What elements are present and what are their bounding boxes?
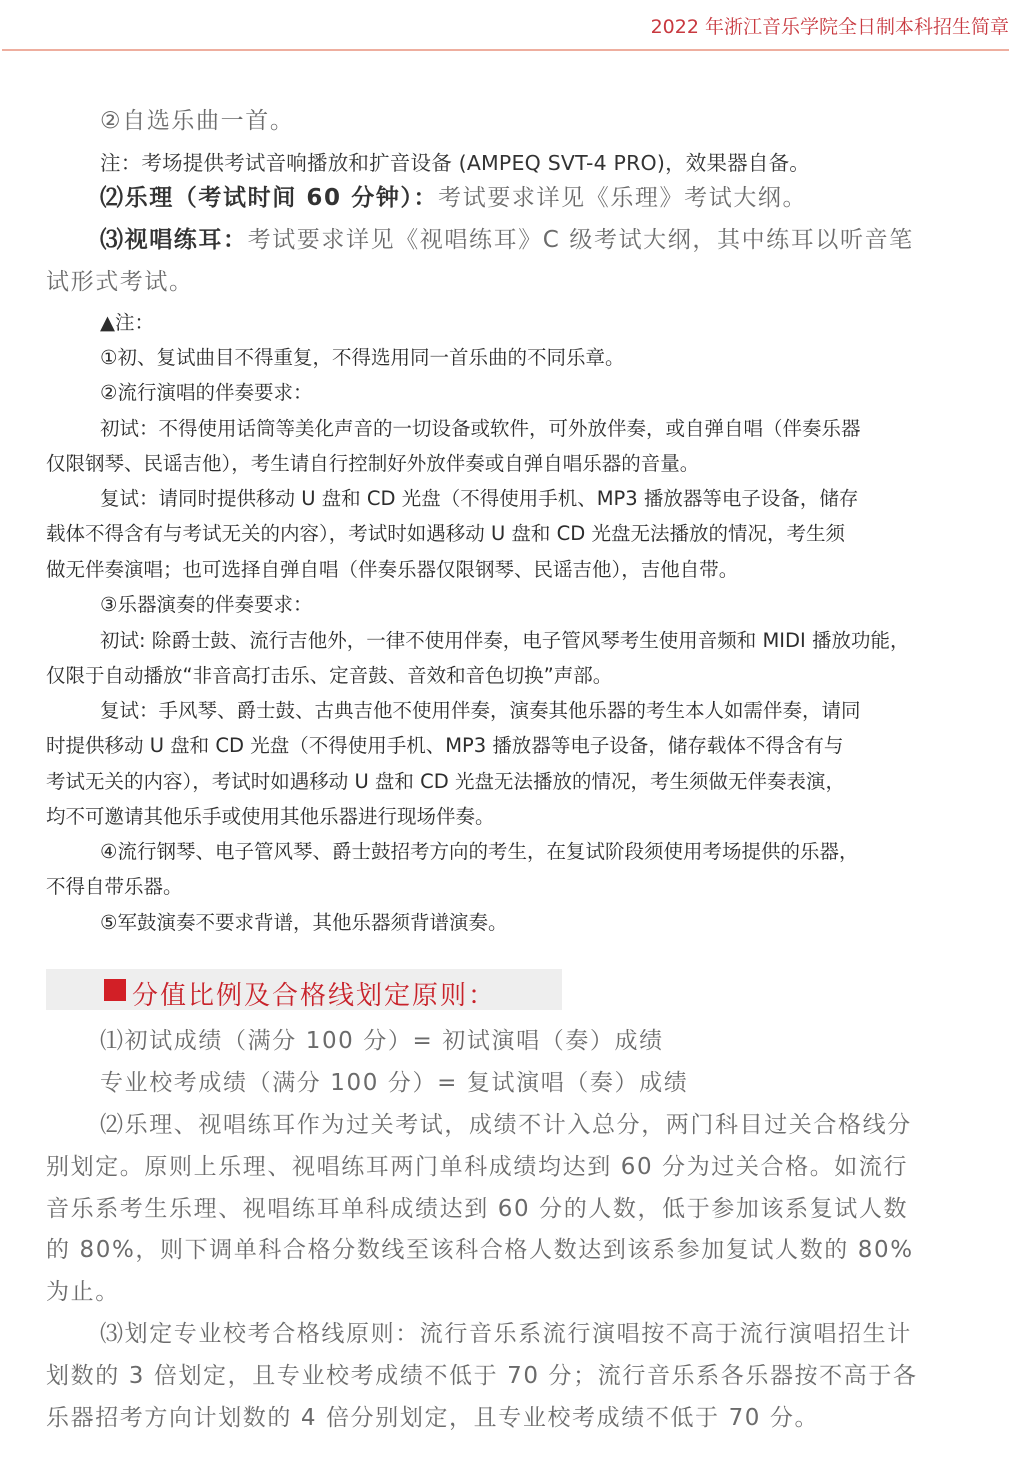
note-3-retest-line1: 复试：手风琴、爵士鼓、古典吉他不使用伴奏，演奏其他乐器的考生本人如需伴奏，请同 [100,701,861,721]
solfeggio-text-line1: 考试要求详见《视唱练耳》C 级考试大纲，其中练耳以听音笔 [248,227,914,253]
note-2-initial-line1: 初试：不得使用话筒等美化声音的一切设备或软件，可外放伴奏，或自弹自唱（伴奏乐器 [100,419,861,439]
note-3-retest-line3: 考试无关的内容），考试时如遇移动 U 盘和 CD 光盘无法播放的情况，考生须做无… [46,772,845,792]
item-self-selected-piece: ②自选乐曲一首。 [100,110,294,133]
score-rule-2-line2: 别划定。原则上乐理、视唱练耳两门单科成绩均达到 60 分为过关合格。如流行 [46,1156,908,1179]
section-title: 分值比例及合格线划定原则： [132,975,496,1012]
solfeggio-label: ⑶视唱练耳： [100,227,248,253]
note-2-heading: ②流行演唱的伴奏要求： [100,383,312,403]
section-heading-banner: 分值比例及合格线划定原则： [46,969,562,1010]
score-rule-2-line5: 为止。 [46,1281,120,1304]
note-3-retest-line2: 时提供移动 U 盘和 CD 光盘（不得使用手机、MP3 播放器等电子设备，储存载… [46,736,843,756]
note-2-retest-line2: 载体不得含有与考试无关的内容），考试时如遇移动 U 盘和 CD 光盘无法播放的情… [46,524,845,544]
score-rule-2-line4: 的 80%，则下调单科合格分数线至该科合格人数达到该系参加复试人数的 80% [46,1239,914,1262]
music-theory-text: 考试要求详见《乐理》考试大纲。 [438,185,807,211]
score-rule-1-line2: 专业校考成绩（满分 100 分）= 复试演唱（奏）成绩 [100,1072,688,1095]
document-title: 2022 年浙江音乐学院全日制本科招生简章 [651,12,1009,39]
score-rule-3-line1: ⑶划定专业校考合格线原则：流行音乐系流行演唱按不高于流行演唱招生计 [100,1323,912,1346]
red-square-bullet-icon [104,979,126,1001]
note-3-retest-line4: 均不可邀请其他乐手或使用其他乐器进行现场伴奏。 [46,807,495,827]
music-theory-label: ⑵乐理（考试时间 60 分钟）： [100,185,438,211]
score-rule-3-line3: 乐器招考方向计划数的 4 倍分别划定，且专业校考成绩不低于 70 分。 [46,1407,819,1430]
note-4-line1: ④流行钢琴、电子管风琴、爵士鼓招考方向的考生，在复试阶段须使用考场提供的乐器， [100,842,858,862]
item-solfeggio: ⑶视唱练耳：考试要求详见《视唱练耳》C 级考试大纲，其中练耳以听音笔 [100,229,914,252]
note-4-line2: 不得自带乐器。 [46,877,183,897]
note-1: ①初、复试曲目不得重复，不得选用同一首乐曲的不同乐章。 [100,348,624,368]
score-rule-2-line1: ⑵乐理、视唱练耳作为过关考试，成绩不计入总分，两门科目过关合格线分 [100,1114,912,1137]
note-equipment: 注：考场提供考试音响播放和扩音设备 (AMPEQ SVT-4 PRO)，效果器自… [100,153,810,174]
item-music-theory: ⑵乐理（考试时间 60 分钟）：考试要求详见《乐理》考试大纲。 [100,187,807,210]
note-3-initial-line2: 仅限于自动播放“非音高打击乐、定音鼓、音效和音色切换”声部。 [46,666,612,686]
score-rule-2-line3: 音乐系考生乐理、视唱练耳单科成绩达到 60 分的人数，低于参加该系复试人数 [46,1198,908,1221]
note-3-heading: ③乐器演奏的伴奏要求： [100,595,312,615]
note-heading: ▲注： [100,313,154,333]
score-rule-1-line1: ⑴初试成绩（满分 100 分）= 初试演唱（奏）成绩 [100,1030,664,1053]
note-2-retest-line1: 复试：请同时提供移动 U 盘和 CD 光盘（不得使用手机、MP3 播放器等电子设… [100,489,858,509]
header-divider [2,49,1009,51]
page-header: 2022 年浙江音乐学院全日制本科招生简章 [0,0,1023,52]
note-5: ⑤军鼓演奏不要求背谱，其他乐器须背谱演奏。 [100,913,507,933]
note-3-initial-line1: 初试: 除爵士鼓、流行吉他外，一律不使用伴奏，电子管风琴考生使用音频和 MIDI… [100,631,910,651]
solfeggio-text-line2: 试形式考试。 [46,271,194,294]
note-2-initial-line2: 仅限钢琴、民谣吉他），考生请自行控制好外放伴奏或自弹自唱乐器的音量。 [46,454,699,474]
score-rule-3-line2: 划数的 3 倍划定，且专业校考成绩不低于 70 分；流行音乐系各乐器按不高于各 [46,1365,918,1388]
note-2-retest-line3: 做无伴奏演唱；也可选择自弹自唱（伴奏乐器仅限钢琴、民谣吉他），吉他自带。 [46,560,738,580]
